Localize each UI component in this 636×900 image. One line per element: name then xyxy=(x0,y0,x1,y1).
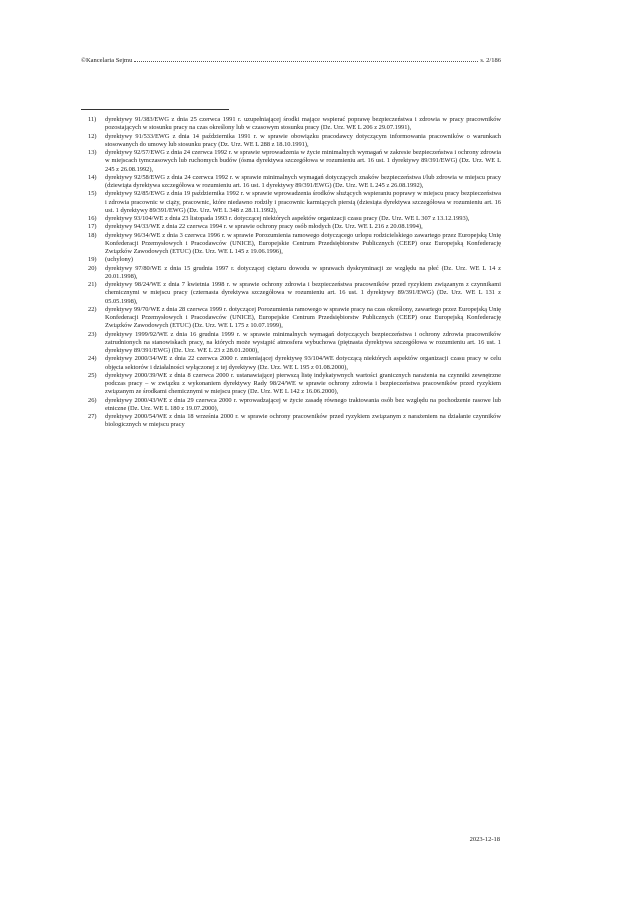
footnote-number: 24) xyxy=(88,355,105,372)
footnote-number: 12) xyxy=(88,133,105,150)
footnote-text: dyrektywy 2000/34/WE z dnia 22 czerwca 2… xyxy=(105,355,501,372)
footnote-item: 16)dyrektywy 93/104/WE z dnia 23 listopa… xyxy=(88,215,501,223)
footnote-number: 19) xyxy=(88,256,105,264)
footnote-text: (uchylony) xyxy=(105,256,501,264)
footnote-text: dyrektywy 93/104/WE z dnia 23 listopada … xyxy=(105,215,501,223)
footnote-number: 18) xyxy=(88,232,105,257)
footnote-number: 22) xyxy=(88,306,105,331)
footnote-item: 21)dyrektywy 98/24/WE z dnia 7 kwietnia … xyxy=(88,281,501,306)
footnote-number: 11) xyxy=(88,116,105,133)
footnote-separator xyxy=(81,109,229,110)
footnote-item: 12)dyrektywy 91/533/EWG z dnia 14 paździ… xyxy=(88,133,501,150)
footnote-number: 21) xyxy=(88,281,105,306)
footnote-item: 20)dyrektywy 97/80/WE z dnia 15 grudnia … xyxy=(88,265,501,282)
footnote-item: 17)dyrektywy 94/33/WE z dnia 22 czerwca … xyxy=(88,223,501,231)
header-page-number: s. 2/186 xyxy=(480,57,501,64)
footnote-number: 14) xyxy=(88,174,105,191)
footnote-text: dyrektywy 92/85/EWG z dnia 19 październi… xyxy=(105,190,501,215)
footnote-text: dyrektywy 92/57/EWG z dnia 24 czerwca 19… xyxy=(105,149,501,174)
footnote-number: 25) xyxy=(88,372,105,397)
footnote-text: dyrektywy 97/80/WE z dnia 15 grudnia 199… xyxy=(105,265,501,282)
footnote-text: dyrektywy 2000/39/WE z dnia 8 czerwca 20… xyxy=(105,372,501,397)
footnote-number: 23) xyxy=(88,331,105,356)
footnote-text: dyrektywy 2000/43/WE z dnia 29 czerwca 2… xyxy=(105,397,501,414)
footnote-item: 13)dyrektywy 92/57/EWG z dnia 24 czerwca… xyxy=(88,149,501,174)
footnote-number: 13) xyxy=(88,149,105,174)
footnote-item: 11)dyrektywy 91/383/EWG z dnia 25 czerwc… xyxy=(88,116,501,133)
footnote-item: 24)dyrektywy 2000/34/WE z dnia 22 czerwc… xyxy=(88,355,501,372)
footnote-number: 20) xyxy=(88,265,105,282)
footnote-text: dyrektywy 98/24/WE z dnia 7 kwietnia 199… xyxy=(105,281,501,306)
footnote-item: 14)dyrektywy 92/58/EWG z dnia 24 czerwca… xyxy=(88,174,501,191)
footnote-text: dyrektywy 99/70/WE z dnia 28 czerwca 199… xyxy=(105,306,501,331)
footnote-text: dyrektywy 92/58/EWG z dnia 24 czerwca 19… xyxy=(105,174,501,191)
footnote-text: dyrektywy 91/383/EWG z dnia 25 czerwca 1… xyxy=(105,116,501,133)
footnote-text: dyrektywy 96/34/WE z dnia 3 czerwca 1996… xyxy=(105,232,501,257)
footnote-list: 11)dyrektywy 91/383/EWG z dnia 25 czerwc… xyxy=(88,116,501,430)
footnote-item: 22)dyrektywy 99/70/WE z dnia 28 czerwca … xyxy=(88,306,501,331)
page-header: ©Kancelaria Sejmu s. 2/186 xyxy=(81,52,501,64)
footnote-number: 16) xyxy=(88,215,105,223)
footnote-number: 17) xyxy=(88,223,105,231)
footnote-text: dyrektywy 2000/54/WE z dnia 18 września … xyxy=(105,413,501,430)
footnote-item: 19)(uchylony) xyxy=(88,256,501,264)
footnote-item: 27)dyrektywy 2000/54/WE z dnia 18 wrześn… xyxy=(88,413,501,430)
footnote-item: 26)dyrektywy 2000/43/WE z dnia 29 czerwc… xyxy=(88,397,501,414)
footnote-item: 23)dyrektywy 1999/92/WE z dnia 16 grudni… xyxy=(88,331,501,356)
footnote-number: 15) xyxy=(88,190,105,215)
footnote-number: 27) xyxy=(88,413,105,430)
footer-date: 2023-12-18 xyxy=(440,836,500,843)
footnote-text: dyrektywy 1999/92/WE z dnia 16 grudnia 1… xyxy=(105,331,501,356)
header-source: ©Kancelaria Sejmu xyxy=(81,57,132,64)
header-dot-leader xyxy=(134,61,478,62)
footnote-item: 25)dyrektywy 2000/39/WE z dnia 8 czerwca… xyxy=(88,372,501,397)
footnote-text: dyrektywy 91/533/EWG z dnia 14 październ… xyxy=(105,133,501,150)
footnote-item: 18)dyrektywy 96/34/WE z dnia 3 czerwca 1… xyxy=(88,232,501,257)
footnote-item: 15)dyrektywy 92/85/EWG z dnia 19 paździe… xyxy=(88,190,501,215)
footnote-text: dyrektywy 94/33/WE z dnia 22 czerwca 199… xyxy=(105,223,501,231)
footnote-number: 26) xyxy=(88,397,105,414)
